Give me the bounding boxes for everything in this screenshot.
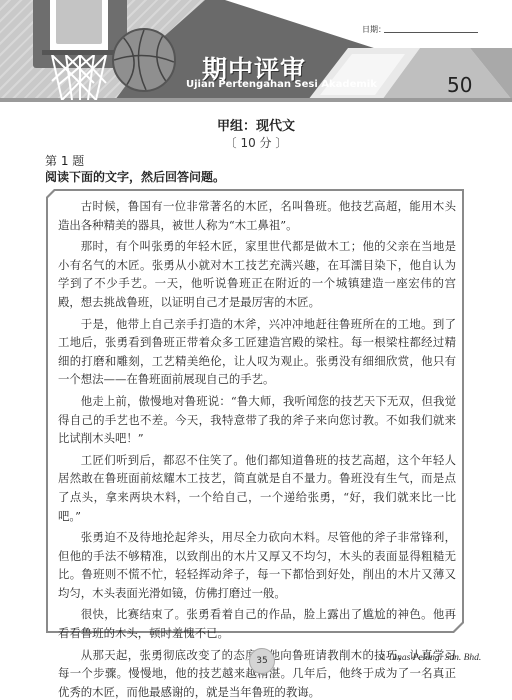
passage-paragraph: 他走上前，傲慢地对鲁班说：“鲁大师，我听闻您的技艺天下无双，但我觉得自己的手艺也…: [58, 392, 456, 448]
passage-text: 古时候，鲁国有一位非常著名的木匠，名叫鲁班。他技艺高超，能用木头造出各种精美的器…: [58, 197, 456, 700]
question-instruction: 阅读下面的文字，然后回答问题。: [45, 168, 225, 185]
section-title: 甲组：现代文: [0, 115, 512, 134]
passage-paragraph: 那时，有个叫张勇的年轻木匠，家里世代都是做木工；他的父亲在当地是小有名气的木匠。…: [58, 237, 456, 311]
passage-paragraph: 张勇迫不及待地抡起斧头，用尽全力砍向木料。尽管他的斧子非常锋利，但他的手法不够精…: [58, 528, 456, 602]
backboard-panel: [56, 0, 102, 44]
section-score: 〔 10 分 〕: [0, 134, 512, 151]
page-subtitle: Ujian Pertengahan Sesi Akademik: [186, 79, 377, 90]
passage-paragraph: 于是，他带上自己亲手打造的木斧，兴冲冲地赶往鲁班所在的工地。到了工地后，张勇看到…: [58, 315, 456, 389]
passage-paragraph: 很快，比赛结束了。张勇看着自己的作品，脸上露出了尴尬的神色。他再看看鲁班的木头，…: [58, 605, 456, 642]
basketball-icon: [112, 28, 176, 92]
question-number: 第 1 题: [45, 152, 84, 169]
date-label: 日期：: [362, 24, 386, 35]
basketball-net-icon: [50, 55, 108, 100]
exercise-number-badge: 50: [447, 73, 472, 97]
passage-paragraph: 古时候，鲁国有一位非常著名的木匠，名叫鲁班。他技艺高超，能用木头造出各种精美的器…: [58, 197, 456, 234]
copyright-notice: © Tunas Pelangi Sdn. Bhd.: [378, 653, 481, 663]
page-number: 35: [249, 648, 275, 674]
date-field[interactable]: [384, 32, 478, 33]
header-banner: 期中评审 Ujian Pertengahan Sesi Akademik 50 …: [0, 0, 512, 102]
passage-paragraph: 工匠们听到后，都忍不住笑了。他们都知道鲁班的技艺高超，这个年轻人居然敢在鲁班面前…: [58, 451, 456, 525]
